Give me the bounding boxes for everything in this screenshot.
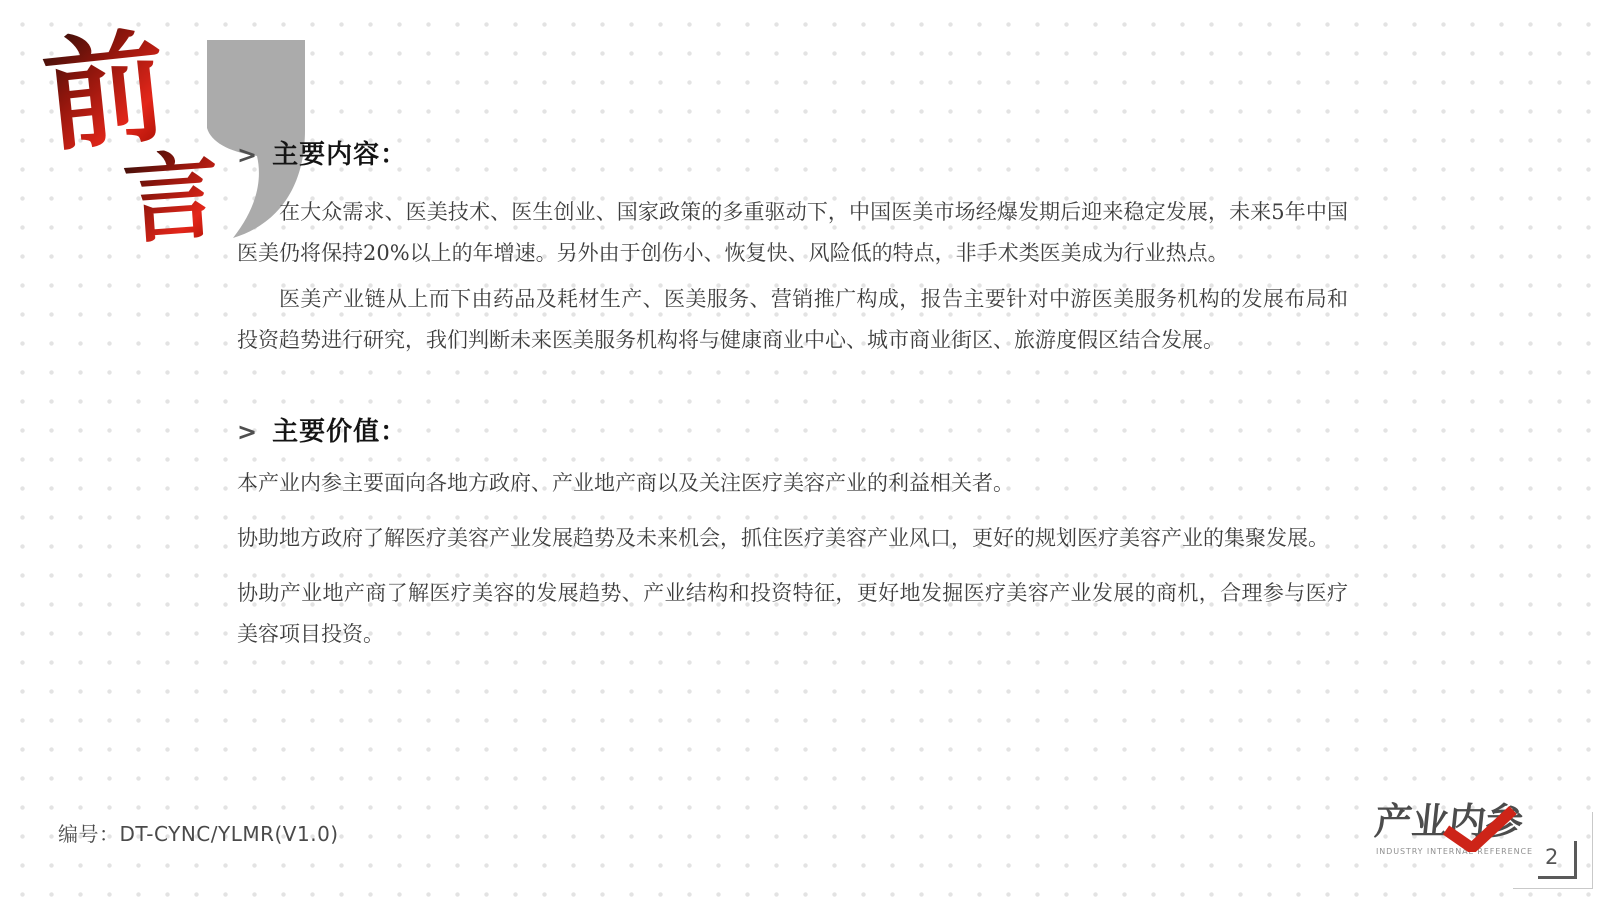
- section-heading-label: 主要价值：: [272, 417, 407, 447]
- section-heading-label: 主要内容：: [272, 140, 407, 170]
- page-title-calligraphy-bottom: 言: [121, 147, 223, 249]
- chevron-marker-icon: >: [237, 141, 258, 169]
- paragraph-industry-chain: 医美产业链从上而下由药品及耗材生产、医美服务、营销推广构成，报告主要针对中游医美…: [237, 279, 1348, 361]
- page-number: 2: [1545, 845, 1558, 869]
- paragraph-government-value: 协助地方政府了解医疗美容产业发展趋势及未来机会，抓住医疗美容产业风口，更好的规划…: [237, 518, 1348, 559]
- paragraph-audience: 本产业内参主要面向各地方政府、产业地产商以及关注医疗美容产业的利益相关者。: [237, 463, 1348, 504]
- section-heading-main-value: >主要价值：: [237, 415, 1348, 449]
- section-heading-main-content: >主要内容：: [237, 138, 1348, 172]
- paragraph-developer-value: 协助产业地产商了解医疗美容的发展趋势、产业结构和投资特征，更好地发掘医疗美容产业…: [237, 573, 1348, 655]
- paragraph-market-drivers: 在大众需求、医美技术、医生创业、国家政策的多重驱动下，中国医美市场经爆发期后迎来…: [237, 192, 1348, 274]
- slide-body: >主要内容： 在大众需求、医美技术、医生创业、国家政策的多重驱动下，中国医美市场…: [237, 138, 1348, 660]
- page-title-calligraphy-top: 前: [38, 24, 172, 158]
- chevron-marker-icon: >: [237, 418, 258, 446]
- document-number: 编号：DT-CYNC/YLMR(V1.0): [58, 818, 339, 847]
- check-mark-icon: [1442, 806, 1517, 852]
